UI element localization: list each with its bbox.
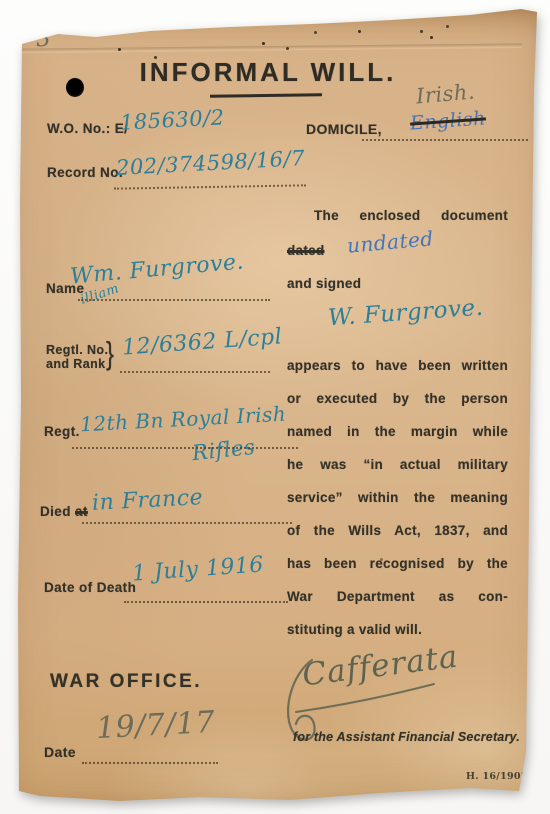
war-office-heading: WAR OFFICE. [50,671,202,693]
title-rule [210,93,322,98]
statement-line: named in the margin while [287,424,508,439]
date-value: 19/7/17 [95,705,216,746]
statement-line: has been recognised by the [287,556,508,571]
date-of-death-label: Date of Death [44,580,136,595]
died-at-struck-word: at [75,504,88,519]
statement-line: he was “in actual military [287,457,508,472]
name-field-line [78,299,270,301]
statement-intro: The enclosed document [287,208,508,223]
will-form-paper: 3 INFORMAL WILL. W.O. No.: E/ 185630/2 D… [0,0,550,814]
statement-line: service” within the meaning [287,490,508,505]
scanned-document: 3 INFORMAL WILL. W.O. No.: E/ 185630/2 D… [0,0,550,814]
page-number-annotation: 3 [35,26,52,53]
regt-field-line [72,447,298,449]
name-value: Wm. Furgrove. [69,249,245,289]
date-of-death-field-line [124,601,288,603]
statement-line: War Department as con- [287,589,508,604]
domicile-label: DOMICILE, [306,121,382,137]
regtl-no-brace: } [106,337,114,373]
statement-line: of the Wills Act, 1837, and [287,523,508,538]
testator-signature: W. Furgrove. [327,295,484,332]
record-no-field-line [114,184,306,189]
hole-punch [66,78,84,97]
wo-no-label: W.O. No.: E/ [47,121,128,136]
regtl-no-field-line [120,371,270,373]
regt-value-line1: 12th Bn Royal Irish [80,402,287,437]
for-assistant-financial-secretary: for the Assistant Financial Secretary. [293,730,520,744]
regtl-no-value: 12/6362 L/cpl [121,324,283,360]
statement-line: or executed by the person [287,391,508,406]
date-of-death-value: 1 July 1916 [131,552,264,586]
form-code: H. 16/1905. [466,771,531,782]
domicile-field-line [362,139,528,141]
statement-and-signed: and signed [287,276,508,291]
regtl-no-label-line2: and Rank [46,357,105,371]
domicile-correction: Irish. [415,79,476,108]
regt-label: Regt. [44,424,80,439]
paper-shadow: 3 INFORMAL WILL. W.O. No.: E/ 185630/2 D… [0,0,550,814]
died-word: Died [40,504,71,519]
paper-specks [118,48,121,51]
wo-no-value: 185630/2 [119,105,225,134]
record-no-value: 202/374598/16/7 [116,146,306,180]
date-label: Date [44,744,76,760]
domicile-struck-value: English [409,107,486,134]
date-field-line [82,762,218,764]
regt-value-line2: Rifles [191,435,256,465]
paper-crease [22,43,522,53]
statement-line: appears to have been written [287,358,508,373]
regtl-no-label-line1: Regtl. No. [46,343,108,357]
died-at-field-line [82,522,292,524]
died-at-label: Died at [40,504,88,519]
record-no-label: Record No. [47,165,123,180]
form-title: INFORMAL WILL. [128,57,408,88]
died-at-value: in France [91,485,203,516]
